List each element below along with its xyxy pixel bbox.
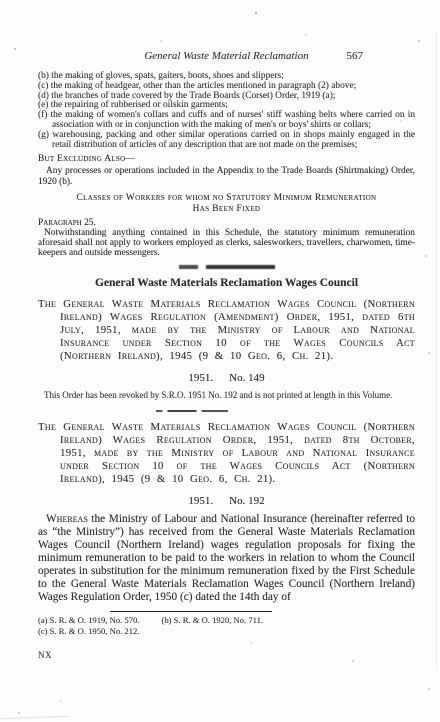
item-text: the making of women's collars and cuffs … — [51, 110, 415, 130]
excluding-also-label: But Excluding Also— — [38, 154, 415, 164]
whereas-paragraph: Whereas the Ministry of Labour and Natio… — [38, 513, 415, 604]
footnote-c: (c) S. R. & O. 1950, No. 212. — [38, 626, 415, 637]
order-192-year: 1951. — [188, 495, 213, 507]
order-149-citation: 1951.No. 149 — [38, 372, 415, 384]
item-tag: (c) — [38, 81, 48, 91]
whereas-lead: Whereas — [46, 513, 88, 525]
order-149-number: No. 149 — [229, 372, 264, 384]
item-tag: (f) — [38, 110, 47, 120]
exclusion-item: (f) the making of women's collars and cu… — [38, 111, 415, 131]
item-text: warehousing, packing and other similar o… — [52, 130, 415, 150]
paragraph-25-label: Paragraph 25. — [38, 218, 415, 228]
short-divider-rule — [156, 410, 228, 412]
printers-signature-mark: NX — [38, 650, 415, 660]
order-149-description: The General Waste Materials Reclamation … — [38, 298, 415, 363]
item-text: the making of gloves, spats, gaiters, bo… — [51, 71, 284, 81]
classes-heading-line2: Has Been Fixed — [38, 204, 415, 215]
whereas-text: the Ministry of Labour and National Insu… — [38, 513, 415, 603]
scan-edge-artifact — [0, 716, 70, 719]
exclusion-list: (b) the making of gloves, spats, gaiters… — [38, 72, 415, 150]
item-tag: (g) — [38, 130, 49, 140]
footnote-b: (b) S. R. & O. 1920, No. 711. — [161, 615, 263, 626]
council-section-heading: General Waste Materials Reclamation Wage… — [38, 277, 415, 289]
paragraph-25-text: Notwithstanding anything contained in th… — [38, 228, 415, 258]
order-149-revoked-note: This Order has been revoked by S.R.O. 19… — [38, 390, 415, 401]
order-192-citation: 1951.No. 192 — [38, 495, 415, 507]
order-149-year: 1951. — [188, 372, 213, 384]
footnote-a: (a) S. R. & O. 1919, No. 570. — [38, 615, 139, 626]
section-divider-rule — [179, 265, 275, 269]
item-tag: (e) — [38, 100, 48, 110]
item-tag: (b) — [38, 71, 49, 81]
scan-noise-speckles — [0, 0, 2, 2]
item-text: the repairing of rubberised or oilskin g… — [51, 100, 228, 110]
footnote-separator-rule — [110, 611, 272, 613]
exclusion-item: (g) warehousing, packing and other simil… — [38, 131, 415, 151]
page-number: 567 — [347, 50, 364, 62]
classes-of-workers-heading: Classes of Workers for whom no Statutory… — [38, 193, 415, 215]
running-head-title: General Waste Material Reclamation — [144, 50, 308, 62]
order-192-number: No. 192 — [229, 495, 264, 507]
classes-heading-line1: Classes of Workers for whom no Statutory… — [38, 193, 415, 204]
scan-edge-artifact — [436, 30, 437, 670]
footnote-row: (a) S. R. & O. 1919, No. 570. (b) S. R. … — [38, 615, 415, 626]
footnotes: (a) S. R. & O. 1919, No. 570. (b) S. R. … — [38, 615, 415, 636]
order-192-description: The General Waste Materials Reclamation … — [38, 421, 415, 486]
running-head: General Waste Material Reclamation 567 — [38, 50, 415, 62]
scanned-document-page: General Waste Material Reclamation 567 (… — [0, 0, 440, 722]
item-text: the making of headgear, other than the a… — [51, 81, 357, 91]
appendix-note: Any processes or operations included in … — [38, 166, 415, 187]
